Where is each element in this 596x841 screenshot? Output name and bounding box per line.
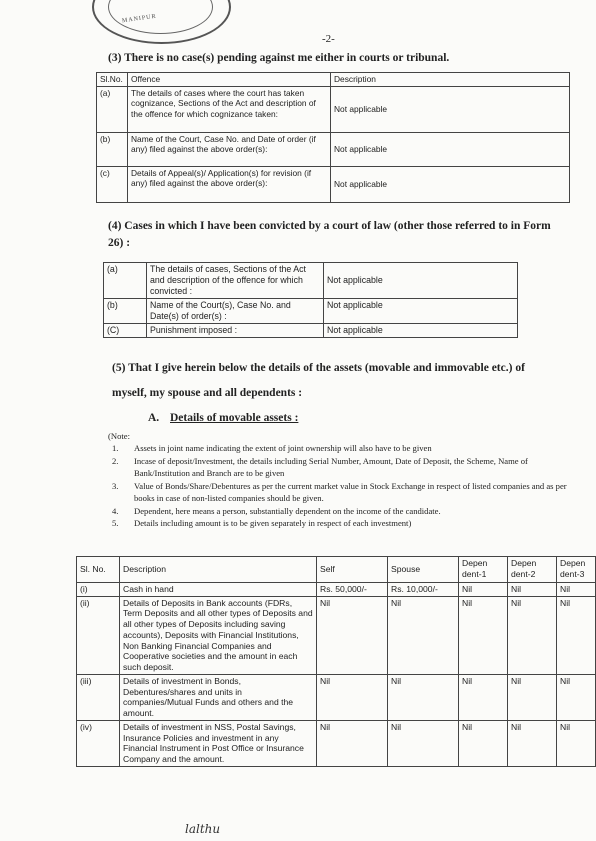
note-item: 3.Value of Bonds/Share/Debentures as per… [112,480,572,505]
col-header-dependent-1: Depen dent-1 [459,557,508,583]
table-row: (iii) Details of investment in Bonds, De… [77,674,596,720]
row-description: Details of Deposits in Bank accounts (FD… [120,596,317,674]
row-description: Not applicable [324,323,518,337]
row-dependent-2: Nil [508,674,557,720]
row-number: (iii) [77,674,120,720]
note-item: 2.Incase of deposit/Investment, the deta… [112,455,572,480]
row-dependent-1: Nil [459,720,508,766]
row-description: Details of investment in NSS, Postal Sav… [120,720,317,766]
signature: lalthu [185,822,220,836]
note-item: 5.Details including amount is to be give… [112,517,572,529]
col-header-dependent-3: Depen dent-3 [557,557,596,583]
section-5-heading: (5) That I give herein below the details… [112,362,525,374]
row-description: Cash in hand [120,583,317,597]
row-dependent-3: Nil [557,720,596,766]
section-4-heading: (4) Cases in which I have been convicted… [108,218,558,253]
note-item: 4.Dependent, here means a person, substa… [112,505,572,517]
row-number: (b) [104,299,147,324]
note-label: (Note: [108,430,572,442]
row-description: Not applicable [324,299,518,324]
table-header-row: Sl. No. Description Self Spouse Depen de… [77,557,596,583]
row-dependent-2: Nil [508,583,557,597]
row-self: Nil [317,596,388,674]
table-row: (C) Punishment imposed : Not applicable [104,323,518,337]
row-number: (b) [97,132,128,166]
row-number: (ii) [77,596,120,674]
col-header-description: Description [331,73,570,87]
table-header-row: Sl.No. Offence Description [97,73,570,87]
row-dependent-1: Nil [459,674,508,720]
row-self: Nil [317,674,388,720]
row-dependent-2: Nil [508,720,557,766]
col-header-slno: Sl.No. [97,73,128,87]
notes-block: (Note: 1.Assets in joint name indicating… [112,430,572,530]
row-dependent-1: Nil [459,583,508,597]
row-description: Not applicable [331,86,570,132]
row-spouse: Rs. 10,000/- [388,583,459,597]
row-offence: Name of the Court(s), Case No. and Date(… [147,299,324,324]
row-offence: Details of Appeal(s)/ Application(s) for… [128,166,331,202]
row-number: (a) [97,86,128,132]
subheading-prefix: A. [148,412,159,424]
row-offence: The details of cases, Sections of the Ac… [147,263,324,299]
row-dependent-3: Nil [557,674,596,720]
page-number: -2- [322,33,335,45]
row-offence: Name of the Court, Case No. and Date of … [128,132,331,166]
col-header-offence: Offence [128,73,331,87]
table-row: (b) Name of the Court, Case No. and Date… [97,132,570,166]
col-header-self: Self [317,557,388,583]
row-self: Rs. 50,000/- [317,583,388,597]
row-dependent-1: Nil [459,596,508,674]
movable-assets-table: Sl. No. Description Self Spouse Depen de… [76,556,596,767]
table-row: (c) Details of Appeal(s)/ Application(s)… [97,166,570,202]
row-number: (iv) [77,720,120,766]
movable-assets-subheading: Details of movable assets : [170,412,298,424]
row-number: (c) [97,166,128,202]
convictions-table: (a) The details of cases, Sections of th… [103,262,518,338]
row-description: Not applicable [324,263,518,299]
row-description: Not applicable [331,132,570,166]
table-row: (b) Name of the Court(s), Case No. and D… [104,299,518,324]
note-item: 1.Assets in joint name indicating the ex… [112,442,572,454]
row-number: (a) [104,263,147,299]
col-header-dependent-2: Depen dent-2 [508,557,557,583]
row-description: Not applicable [331,166,570,202]
row-self: Nil [317,720,388,766]
col-header-spouse: Spouse [388,557,459,583]
row-offence: The details of cases where the court has… [128,86,331,132]
row-spouse: Nil [388,674,459,720]
table-row: (a) The details of cases, Sections of th… [104,263,518,299]
row-dependent-3: Nil [557,583,596,597]
table-row: (ii) Details of Deposits in Bank account… [77,596,596,674]
row-number: (i) [77,583,120,597]
table-row: (i) Cash in hand Rs. 50,000/- Rs. 10,000… [77,583,596,597]
row-dependent-2: Nil [508,596,557,674]
col-header-description: Description [120,557,317,583]
row-spouse: Nil [388,596,459,674]
row-spouse: Nil [388,720,459,766]
row-number: (C) [104,323,147,337]
table-row: (iv) Details of investment in NSS, Posta… [77,720,596,766]
table-row: (a) The details of cases where the court… [97,86,570,132]
row-offence: Punishment imposed : [147,323,324,337]
section-3-heading: (3) There is no case(s) pending against … [108,52,449,64]
row-dependent-3: Nil [557,596,596,674]
col-header-slno: Sl. No. [77,557,120,583]
section-5-heading-continued: myself, my spouse and all dependents : [112,387,302,399]
row-description: Details of investment in Bonds, Debentur… [120,674,317,720]
pending-cases-table: Sl.No. Offence Description (a) The detai… [96,72,570,203]
